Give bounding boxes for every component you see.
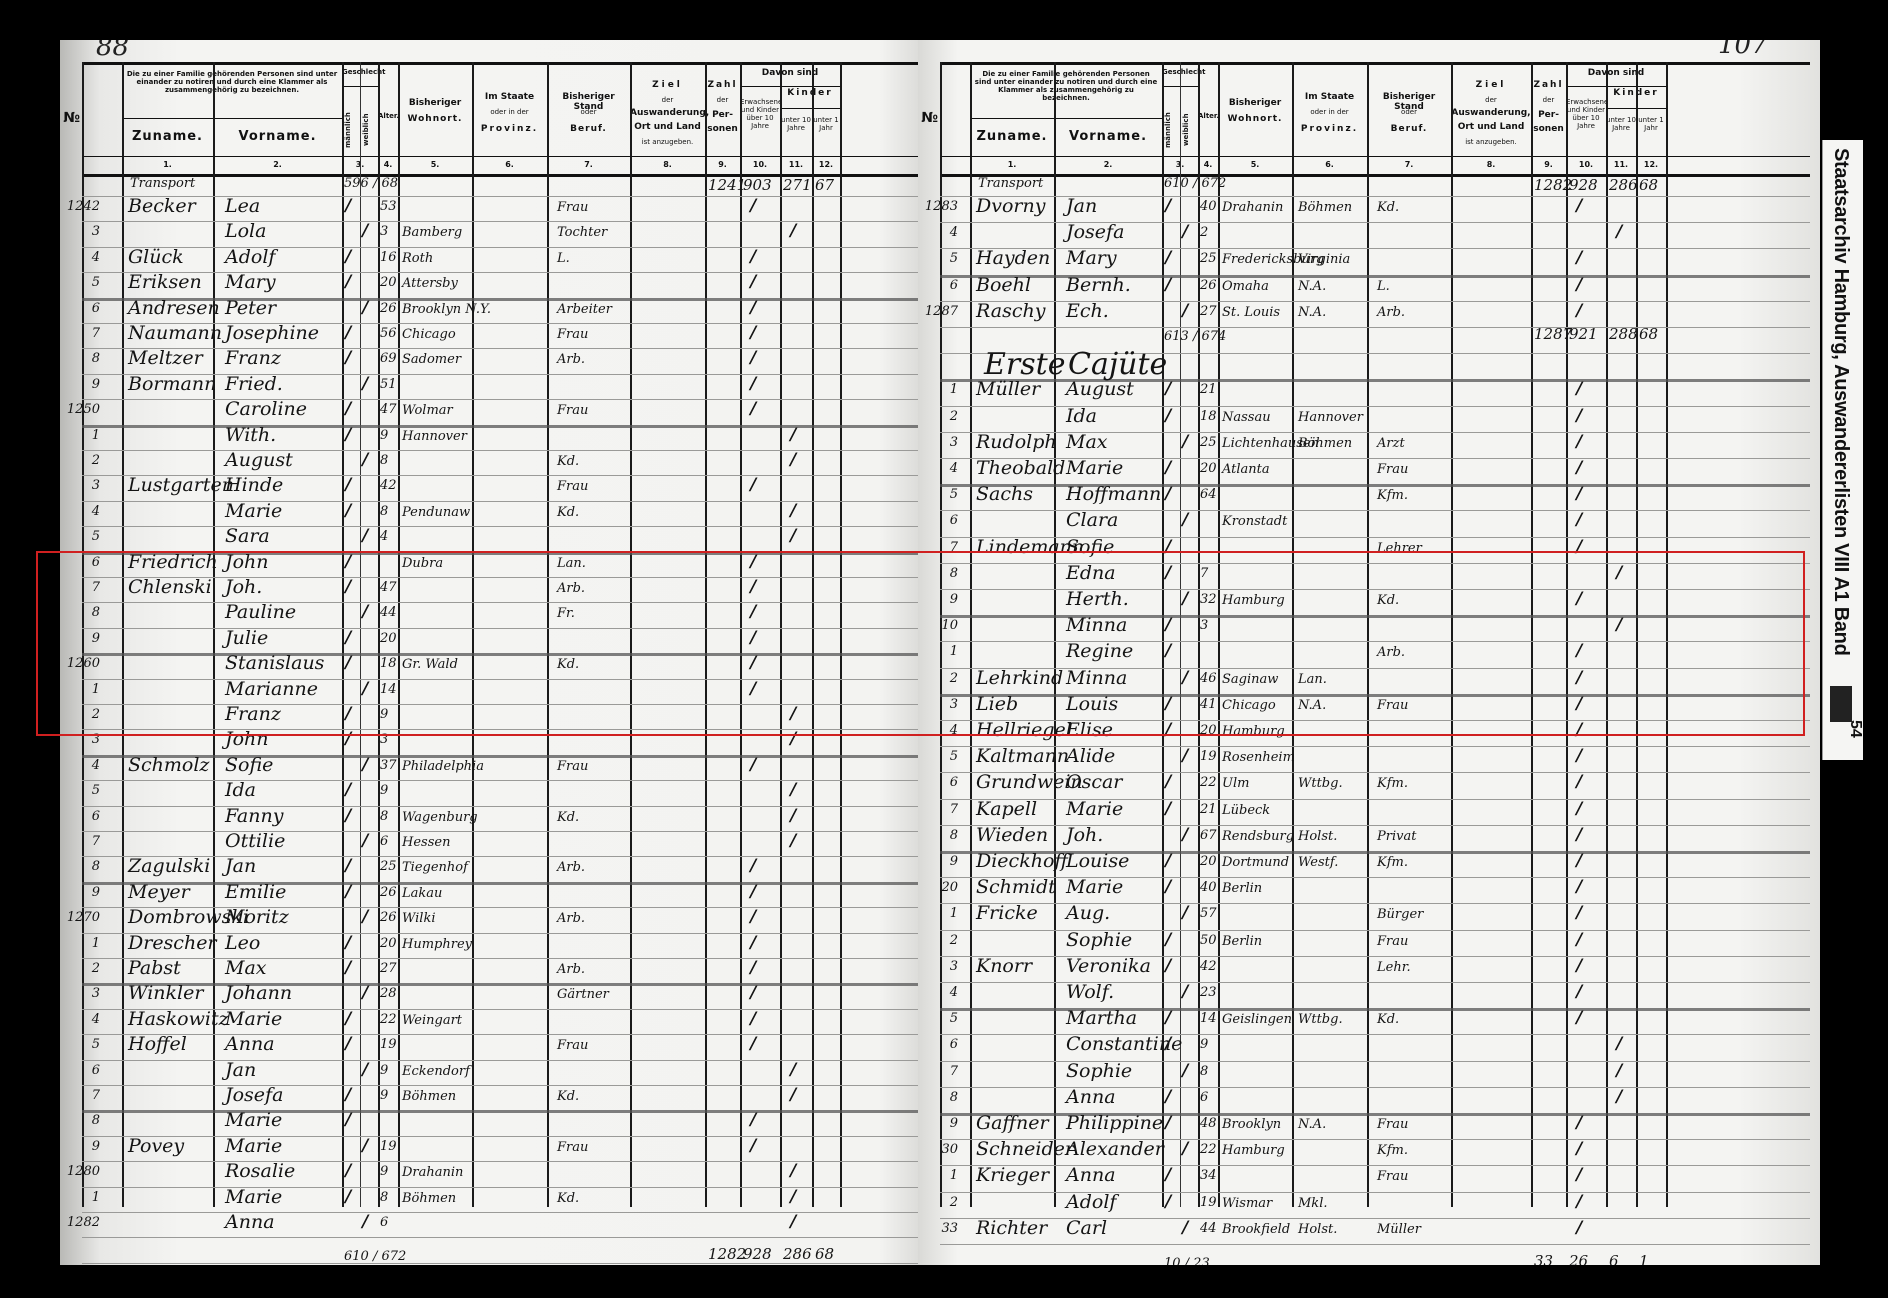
header-vorname: Vorname. xyxy=(213,130,342,145)
count-tick: / xyxy=(750,653,756,673)
residence-cell: Lübeck xyxy=(1222,803,1270,818)
age-cell: 20 xyxy=(380,275,397,290)
given-name-cell: Jan xyxy=(225,1059,256,1081)
occupation-cell: Kfm. xyxy=(1377,855,1408,870)
sex-tick: / xyxy=(345,501,351,521)
sex-tick: / xyxy=(345,1110,351,1130)
count-tick: / xyxy=(1576,1139,1582,1159)
given-name-cell: Marianne xyxy=(225,678,318,700)
sex-tick: / xyxy=(1165,851,1171,871)
row-number: 9 xyxy=(64,885,100,900)
given-name-cell: Anna xyxy=(1066,1164,1116,1186)
occupation-cell: Bürger xyxy=(1377,907,1423,922)
row-number: 3 xyxy=(64,478,100,493)
row-number: 5 xyxy=(64,275,100,290)
surname-cell: Gaffner xyxy=(976,1112,1049,1134)
residence-cell: Rendsburg xyxy=(1222,829,1294,844)
column-number: 7. xyxy=(547,160,630,169)
given-name-cell: Veronika xyxy=(1066,955,1151,977)
sex-tick: / xyxy=(345,704,351,724)
row-number: 7 xyxy=(922,802,958,817)
sex-tick: / xyxy=(1182,510,1188,530)
sex-tick: / xyxy=(1182,668,1188,688)
surname-cell: Drescher xyxy=(128,932,217,954)
residence-cell: Hamburg xyxy=(1222,593,1285,608)
header-staate-3: Provinz. xyxy=(1292,124,1367,134)
given-name-cell: Adolf xyxy=(225,246,275,268)
age-cell: 20 xyxy=(380,631,397,646)
header-maennlich: männlich xyxy=(344,100,358,160)
occupation-cell: Kd. xyxy=(557,454,579,469)
given-name-cell: Joh. xyxy=(1066,824,1103,846)
age-cell: 6 xyxy=(380,1215,388,1230)
row-number: 2 xyxy=(64,707,100,722)
age-cell: 47 xyxy=(380,402,397,417)
age-cell: 57 xyxy=(1200,906,1217,921)
residence-cell: Dubra xyxy=(402,556,443,571)
sex-tick: / xyxy=(345,272,351,292)
count-tick: / xyxy=(1616,1061,1622,1081)
sex-tick: / xyxy=(362,1212,368,1232)
sex-tick: / xyxy=(1165,406,1171,426)
given-name-cell: Rosalie xyxy=(225,1160,295,1182)
row-rule xyxy=(82,1136,920,1137)
occupation-cell: Kd. xyxy=(1377,1012,1399,1027)
column-rule xyxy=(398,62,400,1207)
age-cell: 22 xyxy=(1200,775,1217,790)
residence-cell: Wolmar xyxy=(402,403,453,418)
sex-tick: / xyxy=(345,1085,351,1105)
archive-volume-number: 54 xyxy=(1846,720,1864,738)
sex-tick: / xyxy=(1182,1139,1188,1159)
age-cell: 25 xyxy=(1200,435,1217,450)
count-tick: / xyxy=(790,831,796,851)
surname-cell: Pabst xyxy=(128,957,181,979)
surname-cell: Haskowitz xyxy=(128,1008,229,1030)
row-number: 1280 xyxy=(64,1164,100,1179)
column-rule xyxy=(472,62,474,1207)
column-number: 2. xyxy=(1054,160,1162,169)
column-rule xyxy=(547,62,549,1207)
age-cell: 3 xyxy=(1200,618,1208,633)
subtotal-total: 921 xyxy=(1569,325,1598,343)
sex-tick: / xyxy=(1182,746,1188,766)
given-name-cell: August xyxy=(1066,378,1134,400)
count-tick: / xyxy=(750,1110,756,1130)
row-number: 4 xyxy=(64,504,100,519)
age-cell: 9 xyxy=(380,1063,388,1078)
occupation-cell: Frau xyxy=(557,1038,588,1053)
header-davon-sind: Davon sind xyxy=(1566,68,1666,78)
sex-tick: / xyxy=(1182,1061,1188,1081)
surname-cell: Schmidt xyxy=(976,876,1056,898)
sex-tick: / xyxy=(1165,1087,1171,1107)
row-number: 8 xyxy=(64,605,100,620)
header-ziel-3: Auswanderung, xyxy=(630,108,705,118)
header-zahl-3: Per- xyxy=(705,110,740,120)
sex-tick: / xyxy=(1165,694,1171,714)
transport-total: 67 xyxy=(815,176,834,194)
row-number: 5 xyxy=(922,487,958,502)
footer-total: 68 xyxy=(815,1245,834,1263)
sex-tick: / xyxy=(345,1009,351,1029)
given-name-cell: Max xyxy=(225,957,267,979)
sex-tick: / xyxy=(1165,563,1171,583)
column-number: 1. xyxy=(970,160,1054,169)
count-tick: / xyxy=(1576,1008,1582,1028)
count-tick: / xyxy=(1576,851,1582,871)
count-tick: / xyxy=(1576,248,1582,268)
residence-cell: Bamberg xyxy=(402,225,462,240)
given-name-cell: Fanny xyxy=(225,805,283,827)
age-cell: 67 xyxy=(1200,828,1217,843)
count-tick: / xyxy=(750,552,756,572)
age-cell: 26 xyxy=(380,885,397,900)
row-number: 20 xyxy=(922,880,958,895)
state-cell: Wttbg. xyxy=(1298,776,1343,791)
row-number: 2 xyxy=(922,1195,958,1210)
surname-cell: Becker xyxy=(128,195,196,217)
sex-tick: / xyxy=(1165,930,1171,950)
residence-cell: Humphrey xyxy=(402,937,472,952)
surname-cell: Hoffel xyxy=(128,1033,187,1055)
surname-cell: Dieckhoff xyxy=(976,850,1068,872)
occupation-cell: Frau xyxy=(1377,462,1408,477)
count-tick: / xyxy=(1576,903,1582,923)
given-name-cell: Franz xyxy=(225,347,281,369)
row-number: 3 xyxy=(64,732,100,747)
header-zahl-2: der xyxy=(1531,96,1566,104)
sex-tick: / xyxy=(1165,772,1171,792)
given-name-cell: Jan xyxy=(1066,195,1097,217)
row-rule xyxy=(82,247,920,248)
occupation-cell: Arb. xyxy=(557,911,585,926)
sex-tick: / xyxy=(1165,248,1171,268)
footer-total: 33 xyxy=(1534,1252,1553,1265)
count-tick: / xyxy=(750,399,756,419)
count-tick: / xyxy=(790,501,796,521)
state-cell: Lan. xyxy=(1298,672,1327,687)
column-rule xyxy=(740,62,742,1207)
sex-tick: / xyxy=(1165,1165,1171,1185)
age-cell: 14 xyxy=(1200,1011,1217,1026)
header-ziel-2: der xyxy=(1451,96,1531,104)
count-tick: / xyxy=(750,1034,756,1054)
count-tick: / xyxy=(1576,301,1582,321)
header-stand-3: Beruf. xyxy=(1367,124,1451,134)
residence-cell: Roth xyxy=(402,251,433,266)
sex-tick: / xyxy=(1182,432,1188,452)
subtotal-total: 288 xyxy=(1609,325,1638,343)
count-tick: / xyxy=(1576,956,1582,976)
surname-cell: Boehl xyxy=(976,274,1031,296)
given-name-cell: Jan xyxy=(225,855,256,877)
age-cell: 7 xyxy=(1200,566,1208,581)
surname-cell: Kapell xyxy=(976,798,1037,820)
given-name-cell: Ida xyxy=(1066,405,1097,427)
given-name-cell: John xyxy=(225,728,269,750)
age-cell: 14 xyxy=(380,682,397,697)
count-tick: / xyxy=(1616,222,1622,242)
given-name-cell: Lola xyxy=(225,220,266,242)
row-number: 6 xyxy=(922,775,958,790)
sex-tick: / xyxy=(1165,877,1171,897)
residence-cell: Philadelphia xyxy=(402,759,484,774)
sex-tick: / xyxy=(345,856,351,876)
header-wohnort-2: Wohnort. xyxy=(398,114,472,124)
count-tick: / xyxy=(1576,406,1582,426)
column-rule xyxy=(122,62,124,1207)
count-tick: / xyxy=(750,475,756,495)
age-cell: 64 xyxy=(1200,487,1217,502)
given-name-cell: Max xyxy=(1066,431,1108,453)
header-zahl-4: sonen xyxy=(1531,124,1566,134)
residence-cell: Chicago xyxy=(1222,698,1276,713)
age-cell: 19 xyxy=(380,1139,397,1154)
count-tick: / xyxy=(790,1085,796,1105)
occupation-cell: Frau xyxy=(1377,1117,1408,1132)
header-erwachsene: Erwachsene und Kinder über 10 Jahre xyxy=(1566,98,1606,130)
sex-tick: / xyxy=(1165,196,1171,216)
residence-cell: Hamburg xyxy=(1222,724,1285,739)
column-number: 8. xyxy=(1451,160,1531,169)
surname-cell: Rudolph xyxy=(976,431,1057,453)
given-name-cell: Regine xyxy=(1066,640,1133,662)
count-tick: / xyxy=(1576,1113,1582,1133)
occupation-cell: Gärtner xyxy=(557,987,609,1002)
column-rule xyxy=(705,62,707,1207)
residence-cell: Gr. Wald xyxy=(402,657,458,672)
row-rule xyxy=(940,1244,1810,1245)
header-zuname: Zuname. xyxy=(122,130,213,145)
row-number: 4 xyxy=(64,1012,100,1027)
transport-total: 903 xyxy=(743,176,772,194)
row-number: 9 xyxy=(64,1139,100,1154)
surname-cell: Fricke xyxy=(976,902,1038,924)
count-tick: / xyxy=(1576,668,1582,688)
header-maennlich: männlich xyxy=(1164,100,1178,160)
subtotal-total: 68 xyxy=(1639,325,1658,343)
surname-cell: Dvorny xyxy=(976,195,1045,217)
residence-cell: Dortmund xyxy=(1222,855,1289,870)
given-name-cell: Oscar xyxy=(1066,771,1122,793)
sex-tick: / xyxy=(345,475,351,495)
header-colnum-rule xyxy=(82,156,920,157)
sex-tick: / xyxy=(345,1187,351,1207)
count-tick: / xyxy=(750,374,756,394)
count-tick: / xyxy=(1616,563,1622,583)
header-wohnort-2: Wohnort. xyxy=(1218,114,1292,124)
occupation-cell: Kfm. xyxy=(1377,488,1408,503)
surname-cell: Knorr xyxy=(976,955,1032,977)
row-rule xyxy=(82,628,920,629)
transport-sex-totals: 610 / 672 xyxy=(1164,176,1226,191)
age-cell: 2 xyxy=(1200,225,1208,240)
given-name-cell: Sophie xyxy=(1066,1060,1132,1082)
header-davon-rule xyxy=(740,86,840,87)
occupation-cell: Kd. xyxy=(557,505,579,520)
given-name-cell: Marie xyxy=(225,500,282,522)
occupation-cell: Frau xyxy=(1377,1169,1408,1184)
column-number: 10. xyxy=(740,160,780,169)
given-name-cell: Marie xyxy=(1066,876,1123,898)
occupation-cell: Kd. xyxy=(557,810,579,825)
surname-cell: Schneider xyxy=(976,1138,1074,1160)
given-name-cell: Josefa xyxy=(1066,221,1124,243)
occupation-cell: Kd. xyxy=(1377,593,1399,608)
row-number: 1242 xyxy=(64,199,100,214)
residence-cell: Sadomer xyxy=(402,352,461,367)
header-kinder: Kinder xyxy=(780,88,840,98)
row-rule xyxy=(940,327,1810,328)
age-cell: 20 xyxy=(1200,461,1217,476)
row-number: 33 xyxy=(922,1221,958,1236)
column-number: 2. xyxy=(213,160,342,169)
row-rule xyxy=(82,983,920,986)
occupation-cell: Arb. xyxy=(557,962,585,977)
count-tick: / xyxy=(1576,196,1582,216)
column-rule xyxy=(812,62,814,1207)
left-ledger-page: 88 Die zu einer Familie gehörenden Perso… xyxy=(60,40,930,1265)
header-unter-1: unter 1 Jahr xyxy=(1636,116,1666,132)
column-number: 4. xyxy=(378,160,398,169)
row-number: 8 xyxy=(64,1113,100,1128)
given-name-cell: Mary xyxy=(225,271,276,293)
age-cell: 41 xyxy=(1200,697,1217,712)
header-stand-2: oder xyxy=(547,108,630,116)
family-instruction: Die zu einer Familie gehörenden Personen… xyxy=(126,70,338,94)
surname-cell: Richter xyxy=(976,1217,1047,1239)
header-zahl-4: sonen xyxy=(705,124,740,134)
occupation-cell: Kd. xyxy=(557,657,579,672)
row-number: 3 xyxy=(64,986,100,1001)
surname-cell: Lustgarten xyxy=(128,474,234,496)
age-cell: 6 xyxy=(1200,1090,1208,1105)
header-unter-10: unter 10 Jahre xyxy=(1606,116,1636,132)
age-cell: 9 xyxy=(1200,1037,1208,1052)
transport-label: Transport xyxy=(978,176,1043,191)
row-number: 9 xyxy=(922,592,958,607)
transport-total: 68 xyxy=(1639,176,1658,194)
age-cell: 21 xyxy=(1200,382,1217,397)
age-cell: 42 xyxy=(1200,959,1217,974)
row-rule xyxy=(82,958,920,959)
section-heading-cajuete: Cajüte xyxy=(1068,347,1167,382)
footer-sex-totals: 610 / 672 xyxy=(344,1249,406,1264)
header-vorname: Vorname. xyxy=(1054,130,1162,145)
row-number: 9 xyxy=(922,1116,958,1131)
occupation-cell: Frau xyxy=(557,327,588,342)
age-cell: 3 xyxy=(380,732,388,747)
count-tick: / xyxy=(1616,1034,1622,1054)
count-tick: / xyxy=(1576,825,1582,845)
state-cell: Westf. xyxy=(1298,855,1338,870)
sex-tick: / xyxy=(345,247,351,267)
sex-tick: / xyxy=(345,552,351,572)
row-number: 5 xyxy=(922,1011,958,1026)
residence-cell: Pendunaw xyxy=(402,505,470,520)
row-rule xyxy=(82,399,920,400)
residence-cell: Kronstadt xyxy=(1222,514,1287,529)
given-name-cell: Alexander xyxy=(1066,1138,1164,1160)
given-name-cell: Clara xyxy=(1066,509,1118,531)
row-number: 8 xyxy=(64,859,100,874)
given-name-cell: August xyxy=(225,449,293,471)
sex-tick: / xyxy=(345,628,351,648)
row-number: 8 xyxy=(922,828,958,843)
row-number: 5 xyxy=(64,1037,100,1052)
count-tick: / xyxy=(1576,1218,1582,1238)
residence-cell: Nassau xyxy=(1222,410,1271,425)
count-tick: / xyxy=(790,425,796,445)
row-number: 1 xyxy=(64,428,100,443)
subtotal-total: 1287 xyxy=(1534,325,1572,343)
count-tick: / xyxy=(790,806,796,826)
header-erwachsene: Erwachsene und Kinder über 10 Jahre xyxy=(740,98,780,130)
state-cell: Böhmen xyxy=(1298,200,1352,215)
state-cell: Virginia xyxy=(1298,252,1350,267)
count-tick: / xyxy=(750,933,756,953)
row-rule xyxy=(82,348,920,349)
count-tick: / xyxy=(750,983,756,1003)
count-tick: / xyxy=(750,247,756,267)
given-name-cell: Alide xyxy=(1066,745,1115,767)
header-unter-1: unter 1 Jahr xyxy=(812,116,840,132)
age-cell: 26 xyxy=(380,301,397,316)
sex-tick: / xyxy=(1182,589,1188,609)
residence-cell: Brooklyn N.Y. xyxy=(402,302,491,317)
age-cell: 20 xyxy=(1200,723,1217,738)
count-tick: / xyxy=(1576,484,1582,504)
header-zahl-1: Zahl xyxy=(705,80,740,90)
sex-tick: / xyxy=(1165,458,1171,478)
row-number: 7 xyxy=(64,580,100,595)
header-weiblich: weiblich xyxy=(362,100,376,160)
age-cell: 4 xyxy=(380,529,388,544)
header-alter: Alter. xyxy=(1198,112,1218,120)
row-number: 4 xyxy=(64,250,100,265)
sex-tick: / xyxy=(345,933,351,953)
transport-total: 286 xyxy=(1609,176,1638,194)
given-name-cell: Anna xyxy=(225,1211,275,1233)
given-name-cell: Pauline xyxy=(225,601,296,623)
surname-cell: Meltzer xyxy=(128,347,203,369)
state-cell: Holst. xyxy=(1298,1222,1337,1237)
header-staate-1: Im Staate xyxy=(472,92,547,102)
header-stand-2: oder xyxy=(1367,108,1451,116)
count-tick: / xyxy=(1576,982,1582,1002)
occupation-cell: Frau xyxy=(557,200,588,215)
surname-cell: Naumann xyxy=(128,322,222,344)
row-number: 6 xyxy=(922,1037,958,1052)
count-tick: / xyxy=(750,1136,756,1156)
sex-tick: / xyxy=(345,729,351,749)
count-tick: / xyxy=(1576,641,1582,661)
count-tick: / xyxy=(1576,746,1582,766)
age-cell: 8 xyxy=(1200,1064,1208,1079)
surname-cell: Friedrich xyxy=(128,551,218,573)
column-number: 5. xyxy=(398,160,472,169)
row-number: 6 xyxy=(64,301,100,316)
given-name-cell: Julie xyxy=(225,627,268,649)
header-unter-10: unter 10 Jahre xyxy=(780,116,812,132)
age-cell: 26 xyxy=(380,910,397,925)
header-zahl-2: der xyxy=(705,96,740,104)
occupation-cell: Lan. xyxy=(557,556,586,571)
sex-tick: / xyxy=(345,653,351,673)
surname-cell: Chlenski xyxy=(128,576,212,598)
row-number: 4 xyxy=(64,758,100,773)
